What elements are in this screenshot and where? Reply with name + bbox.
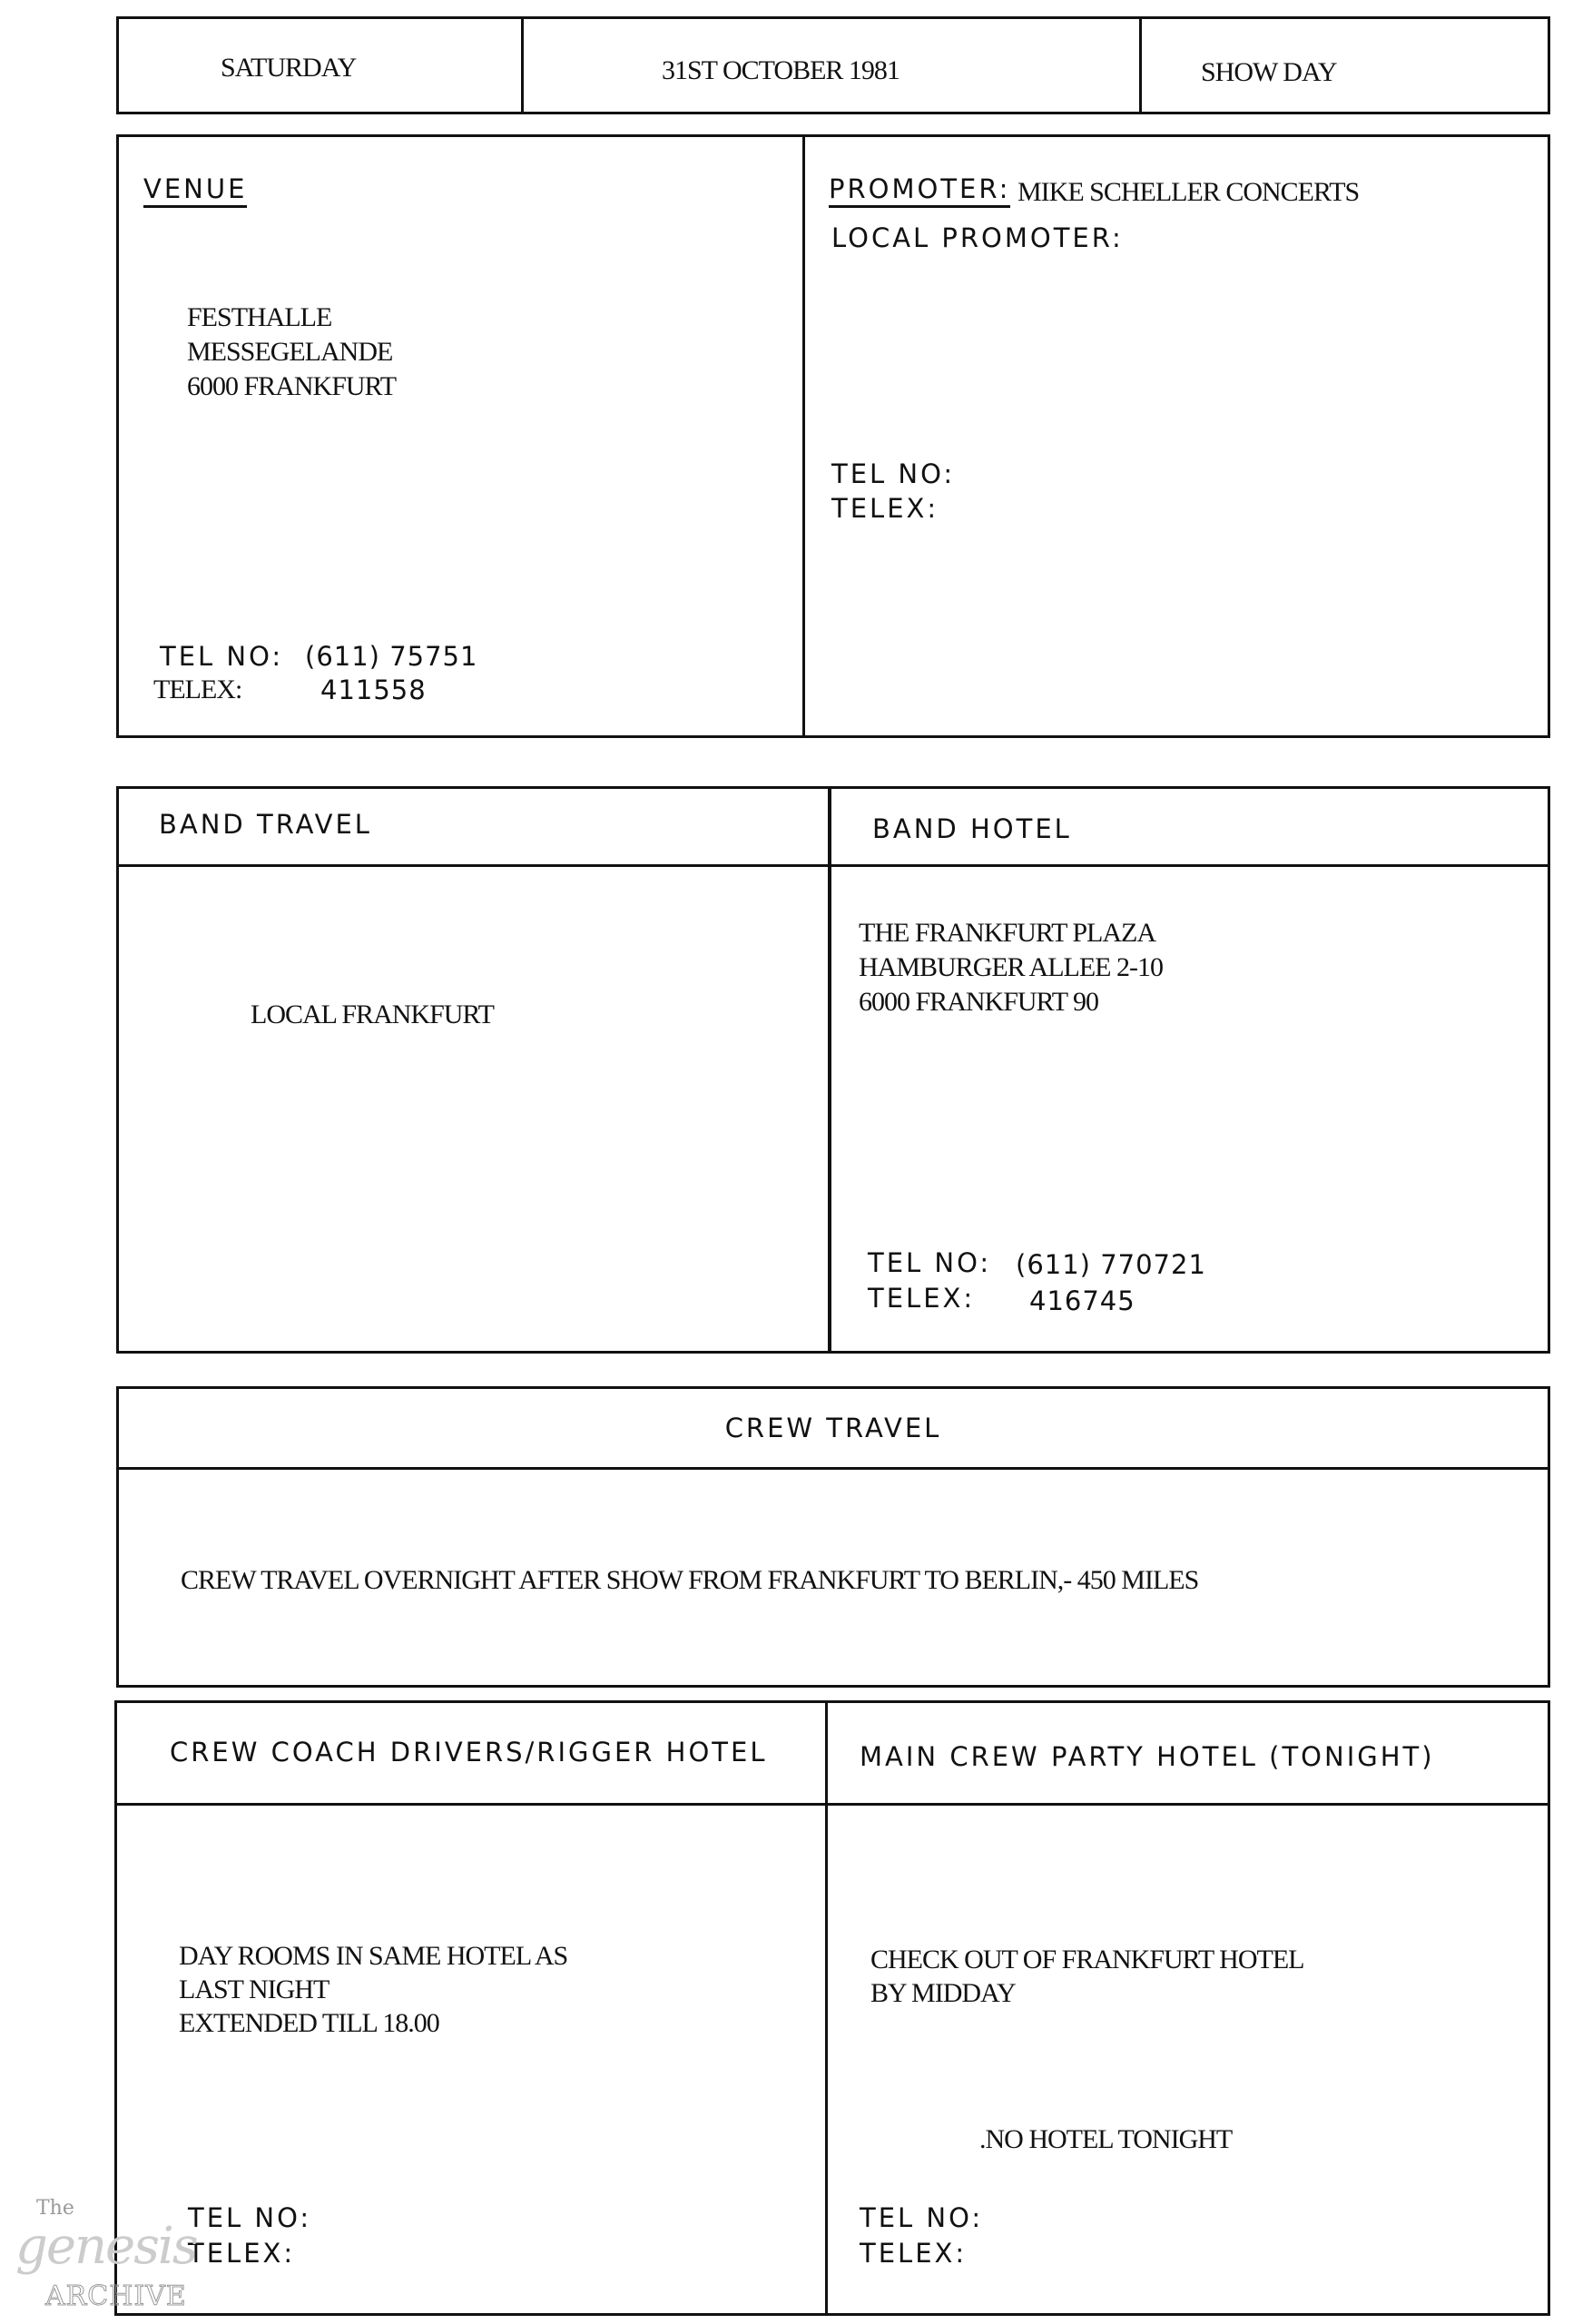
- venue-tel-value: (611) 75751: [305, 639, 477, 674]
- watermark-logo-text: genesis: [15, 2217, 197, 2276]
- main-crew-note: .NO HOTEL TONIGHT: [979, 2122, 1232, 2157]
- promoter-value: MIKE SCHELLER CONCERTS: [1018, 175, 1359, 210]
- day-label: SATURDAY: [221, 51, 356, 85]
- band-hotel-tel-label: TEL NO:: [868, 1246, 991, 1280]
- band-hotel-telex-value: 416745: [1029, 1284, 1136, 1318]
- divider: [802, 137, 805, 735]
- venue-promoter-section: VENUE FESTHALLE MESSEGELANDE 6000 FRANKF…: [116, 134, 1550, 738]
- band-travel-heading: BAND TRAVEL: [159, 807, 372, 842]
- main-crew-tel-label: TEL NO:: [860, 2201, 983, 2235]
- header-rule: [119, 1467, 1548, 1470]
- divider: [1139, 19, 1142, 112]
- main-crew-detail-line: BY MIDDAY: [870, 1976, 1016, 2011]
- divider: [828, 789, 831, 1351]
- main-crew-hotel-heading: MAIN CREW PARTY HOTEL (TONIGHT): [860, 1739, 1435, 1774]
- local-promoter-label: LOCAL PROMOTER:: [831, 221, 1124, 255]
- band-travel-details: LOCAL FRANKFURT: [251, 998, 494, 1032]
- venue-heading: VENUE: [143, 172, 247, 206]
- band-hotel-address-line: HAMBURGER ALLEE 2-10: [859, 950, 1163, 985]
- venue-tel-label: TEL NO:: [160, 639, 283, 674]
- crew-coach-telex-label: TELEX:: [188, 2236, 295, 2270]
- venue-telex-label: TELEX:: [153, 673, 241, 707]
- day-header: SATURDAY 31ST OCTOBER 1981 SHOW DAY: [116, 16, 1550, 114]
- crew-travel-section: CREW TRAVEL CREW TRAVEL OVERNIGHT AFTER …: [116, 1386, 1550, 1688]
- crew-coach-detail-line: DAY ROOMS IN SAME HOTEL AS: [179, 1939, 567, 1974]
- promoter-tel-label: TEL NO:: [831, 457, 955, 491]
- day-type-label: SHOW DAY: [1201, 55, 1337, 90]
- date-label: 31ST OCTOBER 1981: [662, 54, 900, 88]
- band-hotel-telex-label: TELEX:: [868, 1281, 975, 1315]
- divider: [825, 1703, 828, 2313]
- main-crew-detail-line: CHECK OUT OF FRANKFURT HOTEL: [870, 1943, 1303, 1977]
- crew-travel-heading: CREW TRAVEL: [119, 1411, 1548, 1445]
- crew-coach-tel-label: TEL NO:: [188, 2201, 311, 2235]
- band-hotel-tel-value: (611) 770721: [1016, 1247, 1206, 1282]
- divider: [521, 19, 524, 112]
- archive-watermark-logo: The genesis ARCHIVE: [14, 2197, 195, 2315]
- band-hotel-address-line: THE FRANKFURT PLAZA: [859, 916, 1155, 950]
- venue-address-line: FESTHALLE: [187, 300, 331, 335]
- band-hotel-address-line: 6000 FRANKFURT 90: [859, 985, 1098, 1019]
- header-rule: [117, 1803, 1548, 1806]
- crew-hotels-section: CREW COACH DRIVERS/RIGGER HOTEL DAY ROOM…: [114, 1700, 1550, 2316]
- crew-coach-detail-line: EXTENDED TILL 18.00: [179, 2006, 439, 2041]
- band-section: BAND TRAVEL LOCAL FRANKFURT BAND HOTEL T…: [116, 786, 1550, 1354]
- crew-coach-hotel-heading: CREW COACH DRIVERS/RIGGER HOTEL: [170, 1735, 767, 1769]
- main-crew-telex-label: TELEX:: [860, 2236, 967, 2270]
- band-hotel-heading: BAND HOTEL: [872, 812, 1072, 846]
- crew-coach-detail-line: LAST NIGHT: [179, 1973, 329, 2007]
- header-rule: [119, 864, 1548, 867]
- promoter-telex-label: TELEX:: [831, 491, 939, 526]
- venue-telex-value: 411558: [320, 673, 427, 707]
- venue-address-line: 6000 FRANKFURT: [187, 369, 396, 404]
- venue-address-line: MESSEGELANDE: [187, 335, 392, 369]
- crew-travel-details: CREW TRAVEL OVERNIGHT AFTER SHOW FROM FR…: [181, 1563, 1198, 1598]
- promoter-heading: PROMOTER:: [829, 172, 1010, 206]
- watermark-archive: ARCHIVE: [45, 2280, 187, 2312]
